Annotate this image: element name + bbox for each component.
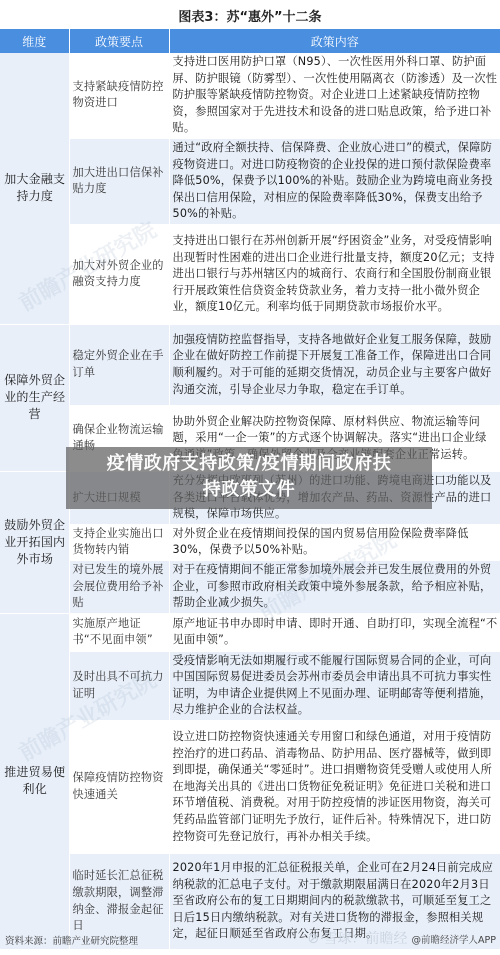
- table-row: 加大对外贸企业的融资支持力度 支持进出口银行在苏州创新开展“纾困资金”业务，对受…: [0, 224, 500, 324]
- policy-content-cell: 支持进口医用防护口罩（N95）、一次性医用外科口罩、防护面屏、防护眼镜（防雾型）…: [169, 53, 500, 138]
- policy-point-cell: 对已发生的境外展会展位费用给予补贴: [69, 560, 169, 613]
- policy-content-cell: 设立进口防控物资快速通关专用窗口和绿色通道，对用于疫情防控治疗的进口药品、消毒物…: [169, 721, 500, 854]
- policy-point-cell: 支持企业实施出口货物转内销: [69, 524, 169, 560]
- overlay-caption-line: 持政策文件: [66, 477, 432, 503]
- footer-watermark: ⊘ 雪球：前瞻经@前瞻经济学人APP: [307, 928, 496, 948]
- policy-point-cell: 支持紧缺疫情防控物资进口: [69, 53, 169, 138]
- dimension-cell: 鼓励外贸企业开拓国内外市场: [0, 471, 69, 613]
- table-row: 加大金融支持力度 支持紧缺疫情防控物资进口 支持进口医用防护口罩（N95）、一次…: [0, 53, 500, 138]
- table-row: 支持企业实施出口货物转内销 对外贸企业在疫情期间投保的国内贸易信用险保险费率降低…: [0, 524, 500, 560]
- policy-content-cell: 通过“政府全额扶持、信保降费、企业放心进口”的模式，保障防疫物资进口。对进口防疫…: [169, 138, 500, 224]
- header-policy-content: 政策内容: [169, 29, 500, 53]
- policy-content-cell: 支持进出口银行在苏州创新开展“纾困资金”业务，对受疫情影响出现暂时性困难的进出口…: [169, 224, 500, 324]
- table-row: 保障外贸企业的生产经营 稳定外贸企业在手订单 加强疫情防控监督指导，支持各地做好…: [0, 324, 500, 405]
- overlay-caption: 疫情政府支持政策/疫情期间政府扶 持政策文件: [66, 447, 432, 509]
- account-name: @前瞻经济学人APP: [412, 935, 496, 946]
- table-row: 保障疫情防控物资快速通关 设立进口防控物资快速通关专用窗口和绿色通道，对用于疫情…: [0, 721, 500, 854]
- dimension-cell: 保障外贸企业的生产经营: [0, 324, 69, 471]
- overlay-caption-line: 疫情政府支持政策/疫情期间政府扶: [66, 451, 432, 477]
- header-dimension: 维度: [0, 29, 69, 53]
- policy-point-cell: 加大对外贸企业的融资支持力度: [69, 224, 169, 324]
- table-row: 对已发生的境外展会展位费用给予补贴 对于在疫情期间不能正常参加境外展会并已发生展…: [0, 560, 500, 613]
- dimension-cell: 加大金融支持力度: [0, 53, 69, 324]
- chart-title: 图表3：苏“惠外”十二条: [0, 6, 500, 25]
- header-policy-point: 政策要点: [69, 29, 169, 53]
- source-note: 资料来源：前瞻产业研究院整理: [5, 933, 138, 947]
- dimension-cell: 推进贸易便利化: [0, 613, 69, 949]
- policy-point-cell: 实施原产地证书“不见面申领”: [69, 613, 169, 651]
- policy-point-cell: 加大进出口信保补贴力度: [69, 138, 169, 224]
- policy-point-cell: 及时出具不可抗力证明: [69, 651, 169, 720]
- table-row: 推进贸易便利化 实施原产地证书“不见面申领” 原产地证书申办即时申请、即时开通、…: [0, 613, 500, 651]
- policy-content-cell: 对于在疫情期间不能正常参加境外展会并已发生展位费用的外贸企业，可参照市政府相关政…: [169, 560, 500, 613]
- policy-content-cell: 原产地证书申办即时申请、即时开通、自助打印，实现全流程“不见面申领”。: [169, 613, 500, 651]
- xueqiu-logo-icon: ⊘ 雪球：前瞻经: [307, 931, 407, 947]
- policy-point-cell: 保障疫情防控物资快速通关: [69, 721, 169, 854]
- table-header-row: 维度 政策要点 政策内容: [0, 29, 500, 53]
- table-row: 及时出具不可抗力证明 受疫情影响无法如期履行或不能履行国际贸易合同的企业，可向中…: [0, 651, 500, 720]
- policy-content-cell: 受疫情影响无法如期履行或不能履行国际贸易合同的企业，可向中国国际贸易促进委员会苏…: [169, 651, 500, 720]
- policy-point-cell: 稳定外贸企业在手订单: [69, 324, 169, 405]
- policy-content-cell: 加强疫情防控监督指导，支持各地做好企业复工服务保障，鼓励企业在做好防控工作前提下…: [169, 324, 500, 405]
- table-row: 加大进出口信保补贴力度 通过“政府全额扶持、信保降费、企业放心进口”的模式，保障…: [0, 138, 500, 224]
- policy-content-cell: 对外贸企业在疫情期间投保的国内贸易信用险保险费率降低30%，保费予以50%补贴。: [169, 524, 500, 560]
